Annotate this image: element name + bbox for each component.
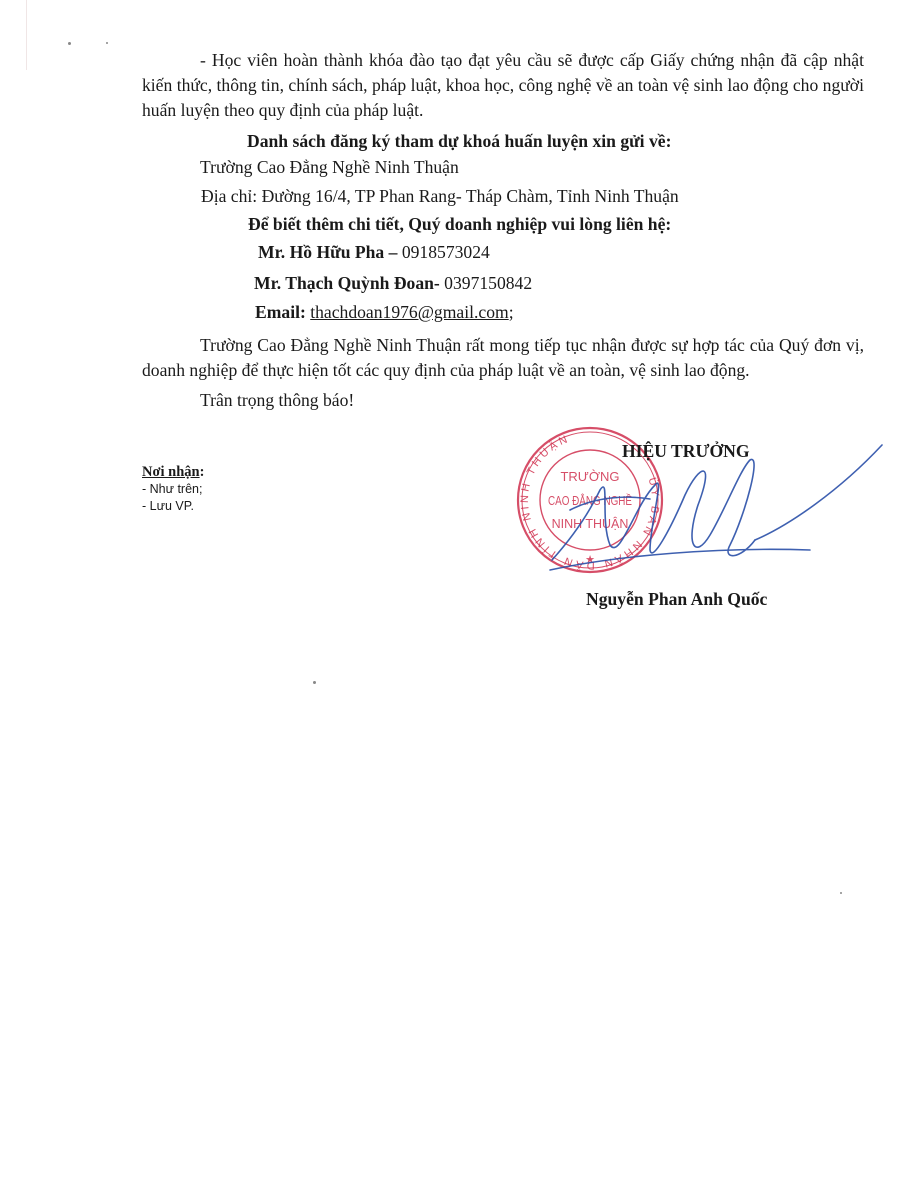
email-suffix: ; [509,302,514,322]
contact-separator: – [384,242,402,262]
certificate-paragraph: - Học viên hoàn thành khóa đào tạo đạt y… [142,48,864,123]
handwritten-signature [540,435,900,585]
scan-speck [840,892,842,894]
recipients-label: Nơi nhận [142,464,200,480]
contact-phone[interactable]: 0918573024 [402,242,490,262]
contact-heading: Để biết thêm chi tiết, Quý doanh nghiệp … [248,214,671,235]
recipients-colon: : [200,464,205,480]
recipients-block: Nơi nhận: - Như trên; - Lưu VP. [142,464,204,515]
document-body: - Học viên hoàn thành khóa đào tạo đạt y… [142,48,864,123]
regards-line: Trân trọng thông báo! [142,388,864,413]
contact-row: Mr. Hồ Hữu Pha – 0918573024 [258,242,490,263]
email-link[interactable]: thachdoan1976@gmail.com [310,302,508,322]
scan-speck [313,681,316,684]
contact-separator: - [434,273,444,293]
contact-phone[interactable]: 0397150842 [444,273,532,293]
contact-row: Mr. Thạch Quỳnh Đoan- 0397150842 [254,273,532,294]
email-label: Email: [255,302,306,322]
closing-section: Trường Cao Đẳng Nghề Ninh Thuận rất mong… [142,333,864,413]
school-name: Trường Cao Đẳng Nghề Ninh Thuận [200,157,459,178]
email-row: Email: thachdoan1976@gmail.com; [255,302,514,323]
scan-speck [106,42,108,44]
registration-heading: Danh sách đăng ký tham dự khoá huấn luyệ… [247,131,671,152]
school-address: Địa chỉ: Đường 16/4, TP Phan Rang- Tháp … [201,186,679,207]
contact-name: Mr. Thạch Quỳnh Đoan [254,273,434,293]
closing-paragraph: Trường Cao Đẳng Nghề Ninh Thuận rất mong… [142,333,864,383]
recipient-item: - Lưu VP. [142,498,204,515]
recipient-item: - Như trên; [142,481,204,498]
contact-name: Mr. Hồ Hữu Pha [258,242,384,262]
signer-name: Nguyễn Phan Anh Quốc [586,589,767,610]
scan-edge [0,0,27,70]
scan-speck [68,42,71,45]
